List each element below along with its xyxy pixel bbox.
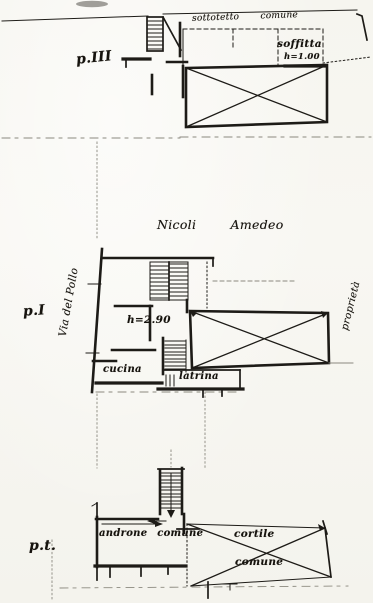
stair-down-arrow-icon (167, 510, 175, 518)
street-wall (86, 249, 102, 392)
wall-fragments-third-floor (123, 14, 367, 97)
stairs-lower-flight (163, 338, 186, 374)
scan-smudge (76, 1, 108, 7)
stairs-first-floor (150, 262, 188, 300)
excluded-unit-third-floor (186, 65, 327, 127)
soffitta-label: soffitta (277, 39, 322, 50)
boundary-line (2, 10, 357, 21)
stairs-third-floor (147, 17, 181, 51)
room-height-label: h=2.90 (127, 315, 171, 326)
level-label-first-floor: p.I (23, 303, 46, 319)
level-label-ground-floor: p.t. (29, 539, 56, 553)
owner-name-label: Nicoli Amedeo (157, 219, 284, 232)
stairwell-ground (158, 468, 199, 533)
level-label-third-floor: p.III (75, 49, 112, 67)
toilet-label: latrina (179, 372, 219, 382)
third-floor-plan (2, 1, 371, 127)
excluded-unit-first-floor (190, 311, 353, 368)
scanned-floorplan-page: p.III sottotetto comune soffitta h=1.00 … (0, 0, 373, 603)
room-walls-first-floor (112, 306, 155, 350)
courtyard-label-line1: cortile (234, 529, 275, 540)
soffitta-height-label: h=1.00 (284, 53, 320, 62)
hallway-label: androne comune (99, 529, 203, 539)
courtyard-label-line2: comune (235, 557, 283, 568)
kitchen-label: cucina (103, 365, 142, 375)
floorplan-linework (0, 0, 373, 603)
